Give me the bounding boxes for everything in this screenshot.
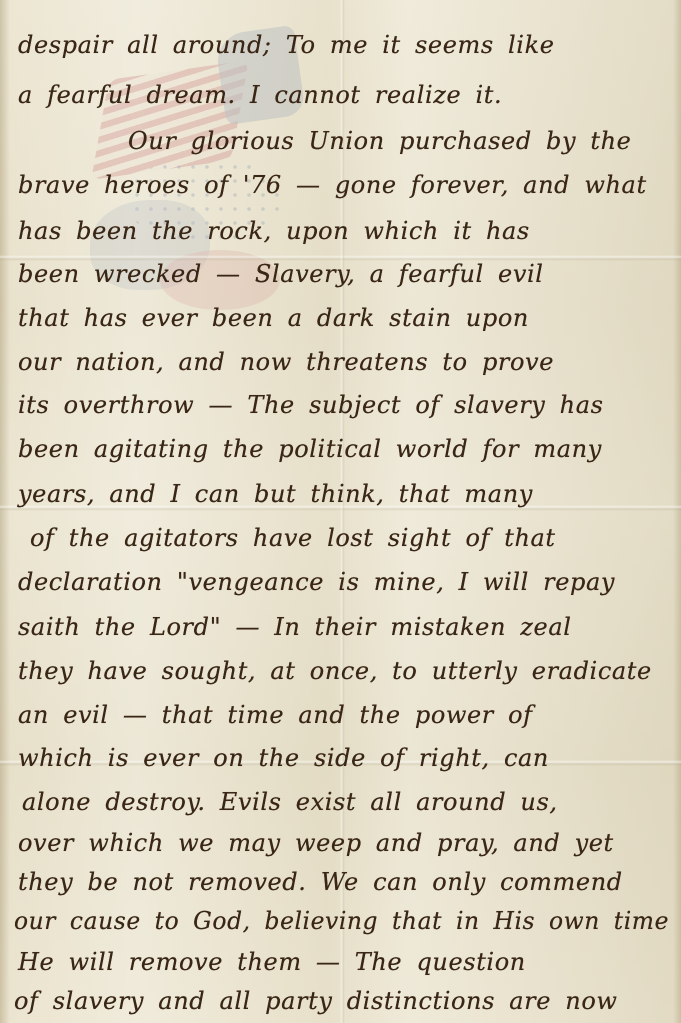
text-line: our nation, and now threatens to prove [0,339,681,385]
text-line-content: years, and I can but think, that many [18,471,533,517]
letter-page: despair all around; To me it seems likea… [0,0,681,1023]
text-line-content: despair all around; To me it seems like [18,22,555,68]
text-line: brave heroes of '76 — gone forever, and … [0,162,681,208]
text-line: saith the Lord" — In their mistaken zeal [0,604,681,650]
text-line-content: its overthrow — The subject of slavery h… [18,382,604,428]
text-line: declaration "vengeance is mine, I will r… [0,559,681,605]
text-line: Our glorious Union purchased by the [0,118,681,164]
text-line-content: been agitating the political world for m… [18,426,602,472]
handwritten-text: despair all around; To me it seems likea… [0,0,681,1023]
text-line: an evil — that time and the power of [0,692,681,738]
text-line: our cause to God, believing that in His … [0,898,681,944]
text-line-content: saith the Lord" — In their mistaken zeal [18,604,572,650]
text-line: alone destroy. Evils exist all around us… [0,779,681,825]
text-line: of the agitators have lost sight of that [0,515,681,561]
text-line-content: our nation, and now threatens to prove [18,339,554,385]
text-line: that has ever been a dark stain upon [0,295,681,341]
text-line-content: that has ever been a dark stain upon [18,295,529,341]
text-line-content: of the agitators have lost sight of that [30,515,556,561]
text-line: despair all around; To me it seems like [0,22,681,68]
text-line: they have sought, at once, to utterly er… [0,648,681,694]
text-line-content: brave heroes of '76 — gone forever, and … [18,162,647,208]
text-line-content: declaration "vengeance is mine, I will r… [18,559,615,605]
text-line-content: an evil — that time and the power of [18,692,533,738]
text-line-content: alone destroy. Evils exist all around us… [22,779,558,825]
text-line-content: has been the rock, upon which it has [18,208,530,254]
text-line-content: Our glorious Union purchased by the [128,118,631,164]
text-line: a fearful dream. I cannot realize it. [0,72,681,118]
text-line-content: they have sought, at once, to utterly er… [18,648,652,694]
text-line-content: a fearful dream. I cannot realize it. [18,72,502,118]
text-line: of slavery and all party distinctions ar… [0,978,681,1023]
text-line: its overthrow — The subject of slavery h… [0,382,681,428]
text-line: which is ever on the side of right, can [0,735,681,781]
text-line-content: of slavery and all party distinctions ar… [14,978,618,1023]
text-line-content: our cause to God, believing that in His … [14,898,669,944]
text-line-content: been wrecked — Slavery, a fearful evil [18,251,544,297]
text-line-content: which is ever on the side of right, can [18,735,549,781]
text-line: has been the rock, upon which it has [0,208,681,254]
text-line: years, and I can but think, that many [0,471,681,517]
text-line: been wrecked — Slavery, a fearful evil [0,251,681,297]
text-line: been agitating the political world for m… [0,426,681,472]
